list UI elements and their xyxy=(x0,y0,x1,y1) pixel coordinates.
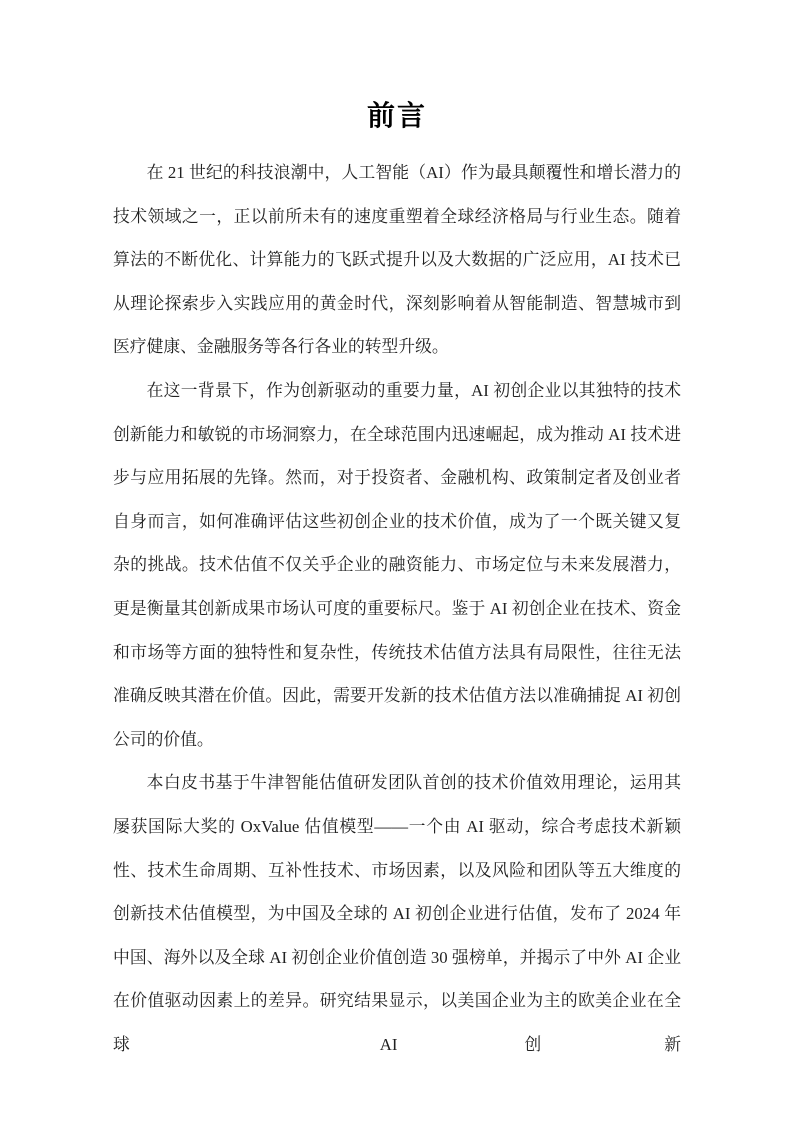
paragraph-intro-ai-wave: 在 21 世纪的科技浪潮中，人工智能（AI）作为最具颠覆性和增长潜力的技术领域之… xyxy=(113,151,681,369)
paragraph-valuation-challenge: 在这一背景下，作为创新驱动的重要力量，AI 初创企业以其独特的技术创新能力和敏锐… xyxy=(113,369,681,761)
page-title: 前言 xyxy=(113,97,681,134)
document-page: 前言 在 21 世纪的科技浪潮中，人工智能（AI）作为最具颠覆性和增长潜力的技术… xyxy=(0,0,793,1122)
paragraph-oxvalue-whitepaper: 本白皮书基于牛津智能估值研发团队首创的技术价值效用理论，运用其屡获国际大奖的 O… xyxy=(113,761,681,1066)
